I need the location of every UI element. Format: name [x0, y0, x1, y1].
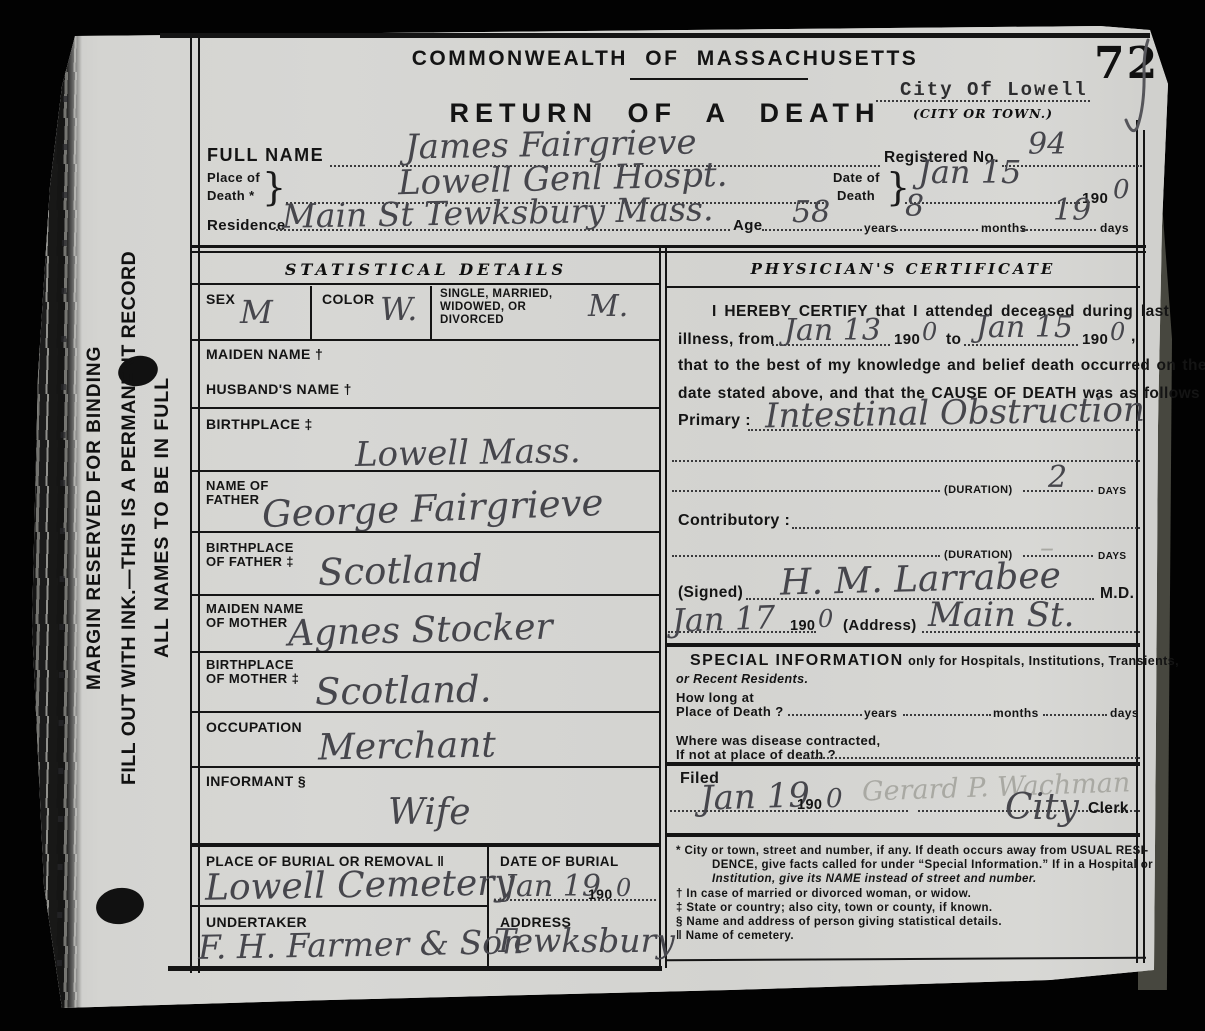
- marital-label-3: DIVORCED: [440, 314, 504, 326]
- from-date-value: Jan 13: [784, 316, 881, 346]
- form-top-border: [160, 33, 1150, 38]
- mother-name-value: Agnes Stocker: [288, 610, 554, 653]
- duration1-label: (DURATION): [944, 484, 1013, 496]
- primary-cause-value: Intestinal Obstruction: [765, 393, 1145, 434]
- footnote-1-line-2: DENCE, give facts called for under “Spec…: [712, 858, 1153, 872]
- certify-line-1: I HEREBY CERTIFY that I attended decease…: [712, 303, 1169, 321]
- place-of-death-label-2: Death *: [207, 188, 255, 203]
- primary-label: Primary :: [678, 412, 751, 430]
- mother-bp-label-2: OF MOTHER ‡: [206, 671, 299, 686]
- footnote-1-line-3: Institution, give its NAME instead of st…: [712, 872, 1037, 886]
- informant-thick-rule: [192, 843, 660, 847]
- footnote-2: † In case of married or divorced woman, …: [676, 887, 971, 901]
- full-name-label: FULL NAME: [207, 145, 324, 166]
- cause-blank-dotted: [672, 460, 1140, 462]
- mother-birthplace-value: Scotland.: [315, 670, 492, 710]
- certify-comma: ,: [1131, 328, 1136, 346]
- special-info-line-1: SPECIAL INFORMATION only for Hospitals, …: [690, 652, 1179, 670]
- double-rule-bottom: [190, 251, 1146, 253]
- how-long-label-1: How long at: [676, 690, 754, 705]
- maiden-name-label: MAIDEN NAME †: [206, 346, 323, 362]
- footnote-4: § Name and address of person giving stat…: [676, 915, 1002, 929]
- days-label: days: [1100, 221, 1129, 235]
- form-right-border-outer: [1143, 130, 1145, 963]
- filed-dotted-a: [670, 810, 908, 812]
- father-label-2: FATHER: [206, 492, 259, 507]
- undertaker-value: F. H. Farmer & Son: [198, 925, 524, 964]
- to-year-digit: 0: [1110, 320, 1125, 344]
- form-left-border-inner: [198, 36, 200, 973]
- place-of-death-label-1: Place of: [207, 170, 260, 185]
- special-info-rest: only for Hospitals, Institutions, Transi…: [908, 654, 1179, 668]
- stat-title-rule: [192, 283, 660, 285]
- phys-thick-rule-2: [666, 762, 1140, 766]
- contracted-dotted: [800, 757, 1140, 759]
- residence-value: Main St Tewksbury Mass.: [282, 192, 714, 233]
- birthplace-rule: [192, 470, 660, 472]
- duration2-dotted-a: [672, 555, 940, 557]
- occupation-label: OCCUPATION: [206, 719, 302, 735]
- binding-torn-edge: [30, 26, 82, 1014]
- signed-year-digit: 0: [818, 607, 833, 631]
- physician-address-value: Main St.: [928, 598, 1074, 632]
- husband-row-rule: [192, 407, 660, 409]
- age-months-dotted: [896, 229, 978, 231]
- contracted-label-1: Where was disease contracted,: [676, 733, 881, 748]
- from-year-printed: 190: [894, 331, 920, 348]
- marital-label-2: WIDOWED, OR: [440, 301, 526, 313]
- contracted-label-2: If not at place of death ?: [676, 747, 836, 762]
- howlong-years-dotted: [788, 714, 862, 716]
- burial-row-rule: [192, 905, 487, 907]
- informant-value: Wife: [388, 795, 471, 831]
- death-year-digit: 0: [1113, 177, 1130, 203]
- father-birthplace-value: Scotland: [318, 550, 484, 591]
- sex-label: SEX: [206, 291, 235, 307]
- age-days-value: 19: [1053, 196, 1091, 226]
- howlong-days-label: days: [1110, 706, 1139, 720]
- to-date-value: Jan 15: [976, 313, 1073, 343]
- sex-color-divider: [310, 286, 312, 339]
- howlong-months-label: months: [993, 706, 1039, 720]
- special-info-line-2: or Recent Residents.: [676, 672, 808, 686]
- margin-note-names: ALL NAMES TO BE IN FULL: [151, 340, 174, 695]
- physicians-certificate-title: PHYSICIAN'S CERTIFICATE: [666, 260, 1140, 278]
- mother-bp-label-1: BIRTHPLACE: [206, 657, 294, 672]
- from-year-digit: 0: [922, 320, 937, 344]
- birthplace-value: Lowell Mass.: [355, 434, 581, 472]
- duration1-dotted-a: [672, 490, 940, 492]
- residence-label: Residence: [207, 217, 286, 234]
- registered-no-dotted-line: [1002, 165, 1142, 167]
- date-of-death-label-2: Death: [837, 188, 875, 203]
- burial-date-label: DATE OF BURIAL: [500, 854, 619, 869]
- color-value: W.: [380, 293, 417, 325]
- how-long-label-2: Place of Death ?: [676, 704, 784, 719]
- color-marital-divider: [430, 286, 432, 339]
- column-divider-right: [665, 245, 667, 968]
- father-bp-rule: [192, 594, 660, 596]
- duration1-value: 2: [1048, 463, 1067, 493]
- punch-hole-bottom: [94, 885, 147, 927]
- marital-value: M.: [588, 292, 628, 322]
- phys-title-rule: [666, 286, 1140, 288]
- undertaker-address-value: Tewksbury: [494, 924, 675, 957]
- phys-thick-rule-3: [666, 833, 1140, 837]
- age-label: Age: [733, 217, 763, 234]
- address-label: (Address): [843, 617, 917, 634]
- burial-date-value: Jan 19: [504, 872, 601, 902]
- checkmark-stroke: [1118, 36, 1164, 140]
- howlong-days-dotted: [1043, 714, 1107, 716]
- duration1-days-label: DAYS: [1098, 486, 1126, 497]
- duration2-days-label: DAYS: [1098, 551, 1126, 562]
- phys-thick-rule-1: [666, 643, 1140, 647]
- howlong-months-dotted: [903, 714, 991, 716]
- margin-note-ink: FILL OUT WITH INK.—THIS IS A PERMANENT R…: [118, 185, 141, 850]
- footnote-3: ‡ State or country; also city, town or c…: [676, 901, 993, 915]
- contributory-label: Contributory :: [678, 512, 790, 530]
- special-info-title: SPECIAL INFORMATION: [690, 652, 904, 669]
- sex-value: M: [240, 296, 273, 328]
- statistical-details-title: STATISTICAL DETAILS: [192, 260, 660, 279]
- md-label: M.D.: [1100, 585, 1134, 603]
- burial-year-digit: 0: [616, 876, 631, 900]
- certify-line-3: that to the best of my knowledge and bel…: [678, 357, 1205, 375]
- to-year-printed: 190: [1082, 331, 1108, 348]
- father-rule: [192, 531, 660, 533]
- sex-row-rule: [192, 339, 660, 341]
- mother-bp-rule: [192, 711, 660, 713]
- months-label: months: [981, 221, 1027, 235]
- column-divider-left: [659, 245, 661, 968]
- signed-date-value: Jan 17: [671, 601, 775, 637]
- informant-label: INFORMANT §: [206, 773, 306, 789]
- heading-underline: [630, 78, 808, 80]
- form-left-border-outer: [190, 36, 192, 973]
- mother-rule: [192, 651, 660, 653]
- margin-note-binding: MARGIN RESERVED FOR BINDING: [84, 270, 106, 765]
- father-label-1: NAME OF: [206, 478, 269, 493]
- howlong-years-label: years: [864, 706, 897, 720]
- filed-year-digit: 0: [826, 786, 843, 812]
- birthplace-label: BIRTHPLACE ‡: [206, 416, 313, 432]
- date-of-death-label-1: Date of: [833, 170, 880, 185]
- father-bp-label-1: BIRTHPLACE: [206, 540, 294, 555]
- clerk-label: Clerk: [1088, 800, 1129, 818]
- age-years-value: 58: [792, 198, 830, 228]
- mother-label-2: OF MOTHER: [206, 615, 288, 630]
- father-name-value: George Fairgrieve: [261, 484, 603, 533]
- city-stamp-dotted-line: [876, 100, 1090, 102]
- city-or-town-label: (CITY OR TOWN.): [876, 106, 1090, 121]
- clerk-city-value: City: [1005, 790, 1079, 826]
- occupation-rule: [192, 766, 660, 768]
- double-rule-top: [190, 245, 1146, 248]
- occupation-value: Merchant: [318, 727, 496, 766]
- date-of-death-value: Jan 15: [918, 156, 1021, 188]
- signed-year-printed: 190: [790, 618, 815, 634]
- burial-year-printed: 190: [588, 886, 613, 902]
- burial-place-value: Lowell Cemetery: [205, 865, 515, 906]
- contributory-dotted: [792, 527, 1140, 529]
- age-days-dotted: [1022, 229, 1096, 231]
- father-bp-label-2: OF FATHER ‡: [206, 554, 294, 569]
- age-months-value: 8: [905, 192, 924, 222]
- marital-label-1: SINGLE, MARRIED,: [440, 288, 552, 300]
- city-stamp: City Of Lowell: [900, 79, 1088, 101]
- years-label: years: [864, 221, 897, 235]
- footnote-1-line-1: * City or town, street and number, if an…: [676, 844, 1149, 858]
- color-label: COLOR: [322, 291, 375, 307]
- husbands-name-label: HUSBAND'S NAME †: [206, 381, 352, 397]
- form-bottom-border: [168, 966, 662, 971]
- illness-from-label: illness, from: [678, 331, 775, 349]
- filed-year-printed: 190: [797, 797, 822, 813]
- footnote-5: ‖ Name of cemetery.: [676, 929, 794, 943]
- registered-no-value: 94: [1028, 130, 1066, 160]
- commonwealth-heading: COMMONWEALTH OF MASSACHUSETTS: [190, 47, 1140, 71]
- death-certificate-scan: MARGIN RESERVED FOR BINDING FILL OUT WIT…: [0, 0, 1205, 1031]
- to-label: to: [946, 331, 961, 349]
